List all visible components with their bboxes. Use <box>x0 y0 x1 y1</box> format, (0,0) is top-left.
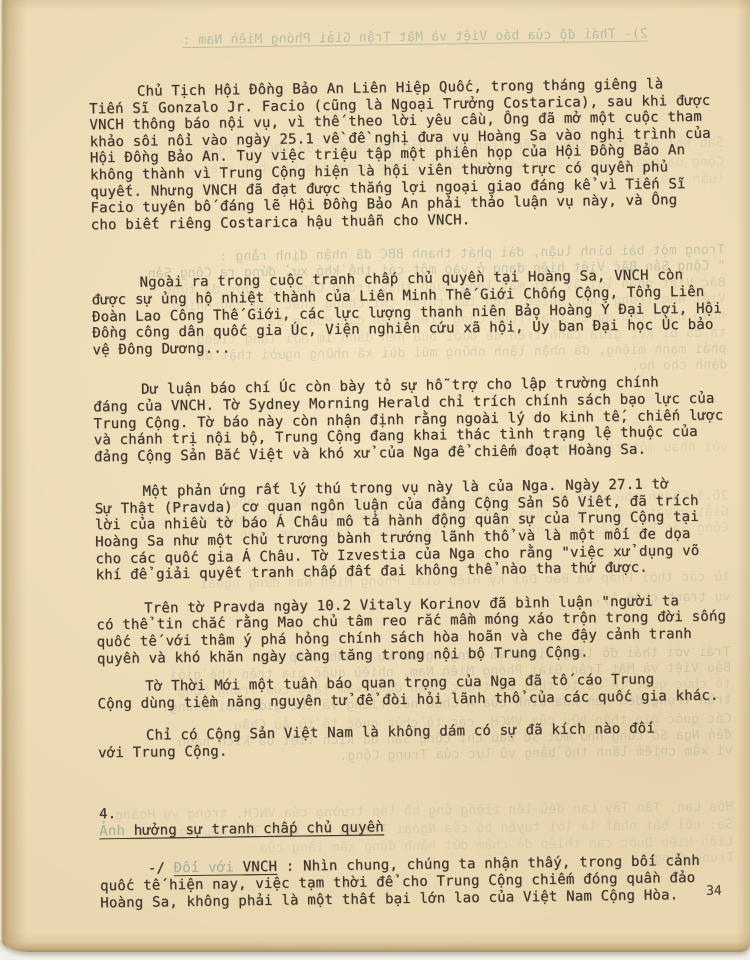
bleedthrough-lines: Sau khi mạo nhận chủ quyền trên quần đảo… <box>0 0 750 10</box>
typed-body: Chủ Tịch Hội Đồng Bảo An Liên Hiệp Quốc,… <box>1 75 750 913</box>
paragraph-korinov-comment: Trên tờ Pravda ngày 10.2 Vitaly Korinov … <box>96 592 729 667</box>
bleedthrough-header: 2)- Thái độ của báo Việt và Mặt Trận Giả… <box>183 27 649 48</box>
page-number: 34 <box>706 884 722 899</box>
paragraph-international-support: Ngoài ra trong cuộc tranh chấp chủ quyền… <box>92 267 725 359</box>
scanned-page: 2)- Thái độ của báo Việt và Mặt Trận Giả… <box>0 0 750 960</box>
closing-label-faint: Đối với <box>174 860 243 877</box>
closing-prefix: -/ <box>148 861 174 877</box>
paragraph-new-times: Tờ Thời Mới một tuần báo quan trọng của … <box>97 671 729 713</box>
paper-sheet: 2)- Thái độ của báo Việt và Mặt Trận Giả… <box>0 0 750 952</box>
paragraph-un-security-council: Chủ Tịch Hội Đồng Bảo An Liên Hiệp Quốc,… <box>89 76 723 234</box>
section-title: Ảnh hưởng sự tranh chấp chủ quyền <box>99 819 384 839</box>
closing-label: Đối với VNCH <box>174 859 278 876</box>
paragraph-conclusion-vnch: -/ Đối với VNCH : Nhìn chung, chúng ta n… <box>100 853 733 912</box>
paragraph-only-communist-vn: Chỉ có Cộng Sản Việt Nam là không dám có… <box>98 720 730 762</box>
closing-label-strong: VNCH <box>243 859 278 875</box>
paragraph-soviet-pravda: Một phản ứng rất lý thú trong vụ này là … <box>94 476 727 584</box>
paragraph-australian-press: Dư luận báo chí Úc còn bày tỏ sự hỗ trợ … <box>93 374 726 466</box>
section-title-faint-word: Ảnh <box>99 823 125 839</box>
closing-separator: : <box>277 859 303 875</box>
section-heading: 4. Ảnh hưởng sự tranh chấp chủ quyền <box>99 781 732 840</box>
section-number: 4. <box>99 806 116 822</box>
typed-text-layer: 2)- Thái độ của báo Việt và Mặt Trận Giả… <box>0 0 750 960</box>
